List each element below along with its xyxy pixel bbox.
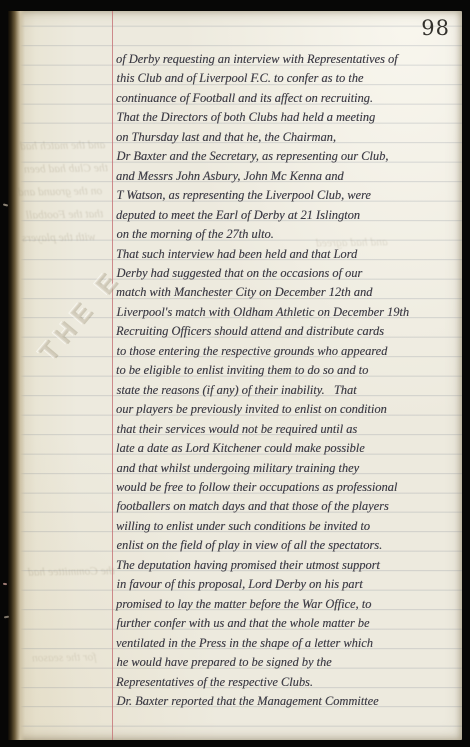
manuscript-line: this Club and of Liverpool F.C. to confe… [117, 69, 458, 88]
manuscript-line: match with Manchester City on December 1… [116, 283, 457, 302]
manuscript-line: Representatives of the respective Clubs. [116, 673, 457, 692]
manuscript-line: that their services would not be require… [117, 420, 458, 439]
manuscript-line: he would have prepared to be signed by t… [117, 653, 458, 672]
manuscript-line: willing to enlist under such conditions … [116, 517, 457, 536]
manuscript-line: would be free to follow their occupation… [116, 478, 457, 497]
manuscript-line: Recruiting Officers should attend and di… [116, 322, 457, 341]
manuscript-line: Dr Baxter and the Secretary, as represen… [117, 147, 458, 166]
manuscript-line: Derby had suggested that on the occasion… [117, 264, 458, 283]
manuscript-line: to be eligible to enlist inviting them t… [116, 361, 457, 380]
manuscript-line: to those entering the respective grounds… [117, 342, 458, 361]
binding-stitch-mark [3, 583, 7, 586]
manuscript-line: of Derby requesting an interview with Re… [116, 50, 457, 69]
manuscript-line: late a date as Lord Kitchener could make… [116, 439, 457, 458]
manuscript-line: That such interview had been held and th… [116, 245, 457, 264]
manuscript-line: That the Directors of both Clubs had hel… [117, 108, 458, 127]
manuscript-line: state the reasons (if any) of their inab… [117, 381, 458, 400]
manuscript-line: continuance of Football and its affect o… [116, 89, 457, 108]
manuscript-line: in favour of this proposal, Lord Derby o… [117, 575, 458, 594]
manuscript-line: deputed to meet the Earl of Derby at 21 … [116, 206, 457, 225]
red-margin-line [112, 11, 113, 740]
manuscript-line: enlist on the field of play in view of a… [117, 536, 458, 555]
manuscript-line: our players be previously invited to enl… [116, 400, 457, 419]
manuscript-line: on the morning of the 27th ulto. [117, 225, 458, 244]
manuscript-line: T Watson, as representing the Liverpool … [117, 186, 458, 205]
manuscript-line: ventilated in the Press in the shape of … [116, 634, 457, 653]
binding-shadow [8, 11, 25, 740]
manuscript-line: footballers on match days and that those… [117, 497, 458, 516]
page-number: 98 [421, 17, 450, 40]
manuscript-line: promised to lay the matter before the Wa… [116, 595, 457, 614]
manuscript-line: on Thursday last and that he, the Chairm… [116, 128, 457, 147]
manuscript-text: of Derby requesting an interview with Re… [116, 50, 457, 711]
manuscript-line: The deputation having promised their utm… [116, 556, 457, 575]
manuscript-line: and that whilst undergoing military trai… [117, 459, 458, 478]
manuscript-line: Liverpool's match with Oldham Athletic o… [117, 303, 458, 322]
manuscript-line: further confer with us and that the whol… [117, 614, 458, 633]
manuscript-line: and Messrs John Asbury, John Mc Kenna an… [116, 167, 457, 186]
ledger-page: THE E and the match hadthe Club had been… [8, 11, 462, 740]
binding-stitch-mark [3, 203, 8, 206]
manuscript-line: Dr. Baxter reported that the Management … [117, 692, 458, 711]
